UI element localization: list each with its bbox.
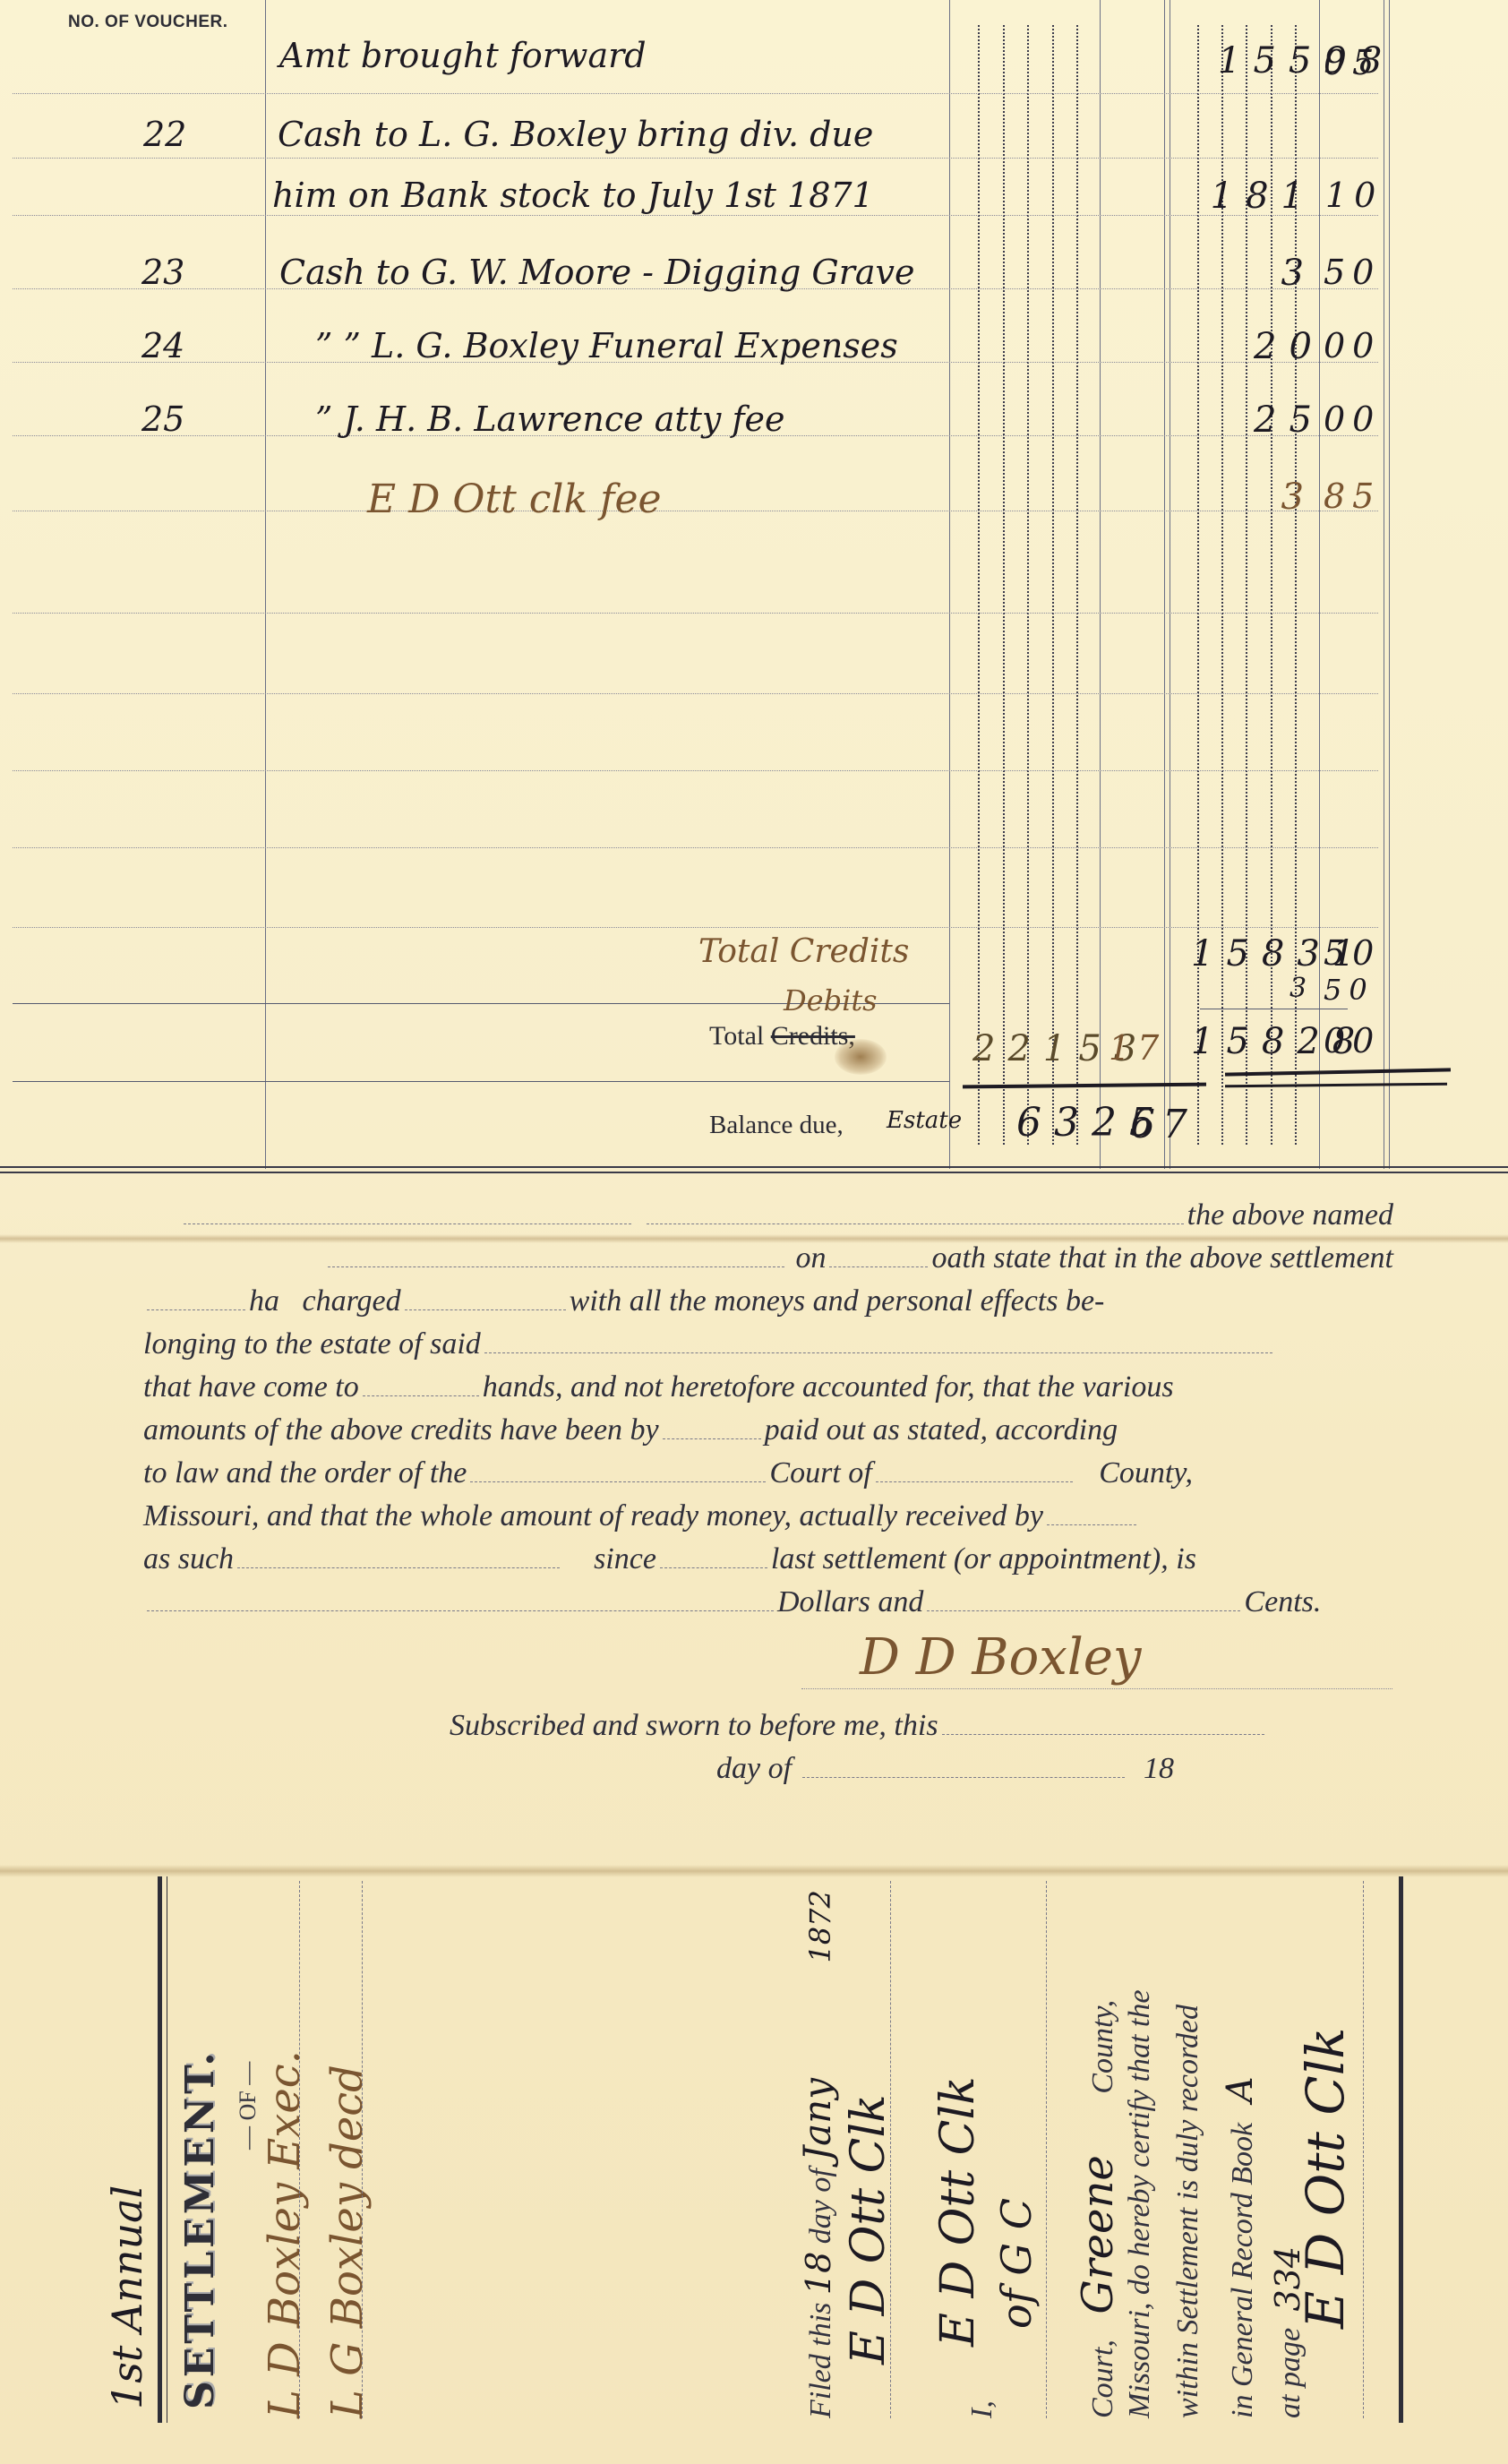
voucher-number: 24 [141, 326, 184, 365]
oath-text: Dollars and [777, 1585, 923, 1618]
executor-name: L D Boxley Exec. [260, 2050, 310, 2418]
total-credits-amount: 15831 [1191, 933, 1316, 974]
blank-field[interactable] [802, 1777, 1125, 1778]
cert-book-label: in General Record Book [1226, 2123, 1259, 2418]
total-label-printed: Total [709, 1021, 764, 1051]
oath-text: day of [716, 1752, 792, 1785]
oath-text: on [795, 1241, 826, 1275]
balance-cents: 67 [1130, 1102, 1195, 1147]
voucher-number: 23 [141, 253, 184, 292]
settlement-type: 1st Annual [103, 2185, 151, 2409]
total-debits-amount: 22153 [972, 1028, 1125, 1069]
right-margin-rule-a [1384, 0, 1384, 1169]
blank-field[interactable] [927, 1610, 1240, 1611]
filed-by-signature: E D Ott Clk [842, 2094, 895, 2365]
blank-field[interactable] [484, 1352, 1272, 1353]
signature-line [801, 1688, 1392, 1689]
blank-field[interactable] [328, 1266, 784, 1267]
blank-field[interactable] [663, 1438, 761, 1439]
cert-line4: in General Record Book A [1220, 2076, 1261, 2418]
cert-signature-line [1363, 1881, 1364, 2418]
voucher-number: 22 [143, 115, 186, 154]
right-margin-rule-b [1389, 0, 1390, 1169]
oath-text: longing to the estate of said [143, 1327, 481, 1361]
blank-field[interactable] [876, 1481, 1073, 1482]
digit-guide [1052, 25, 1054, 1145]
blank-field[interactable] [363, 1395, 479, 1396]
digit-guide [1003, 25, 1005, 1145]
blank-field[interactable] [829, 1266, 928, 1267]
blank-field[interactable] [237, 1567, 560, 1568]
voucher-column-header: NO. OF VOUCHER. [68, 13, 228, 32]
cert-name-line [1046, 1881, 1047, 2418]
oath-text: Court of [769, 1456, 871, 1490]
ledger-credit-cents: 00 [1324, 399, 1381, 439]
digit-guide [1197, 25, 1199, 1145]
row-rule [13, 927, 1378, 928]
total-label: Total Credits, [709, 1021, 855, 1052]
filed-day: 18 [799, 2252, 838, 2295]
total-credits-cents: 50 [1324, 933, 1381, 973]
oath-text: as such [143, 1542, 234, 1575]
filed-year: 1872 [803, 1890, 837, 1962]
oath-text: Missouri, and that the whole amount of r… [143, 1499, 1043, 1532]
ledger-credit-cents: 00 [1324, 326, 1381, 365]
deduction-cents: 50 [1324, 973, 1375, 1007]
blank-field[interactable] [942, 1734, 1264, 1735]
total-debits-cents: 17 [1109, 1028, 1166, 1068]
oath-text: hands, and not heretofore accounted for,… [483, 1370, 1174, 1404]
balance-estate-handwritten: Estate [887, 1107, 962, 1134]
blank-field[interactable] [147, 1610, 774, 1611]
row-rule [13, 613, 1378, 614]
endorsement-border-left [167, 1876, 167, 2423]
endorsement-border-right [1399, 1876, 1403, 2423]
ledger-credit-amount: 181 [1209, 176, 1316, 217]
filed-line [890, 1881, 891, 2418]
ledger-credit-cents: 50 [1324, 253, 1381, 292]
blank-field[interactable] [405, 1309, 566, 1310]
blank-field[interactable] [647, 1223, 1184, 1224]
section-divider [0, 1172, 1508, 1173]
decedent-name: L G Boxley decd [322, 2065, 373, 2418]
cert-court: Court, [1086, 2340, 1119, 2418]
row-rule [13, 511, 1378, 511]
total-underline [1225, 1083, 1447, 1088]
oath-text: last settlement (or appointment), is [771, 1542, 1196, 1575]
oath-text: 18 [1144, 1752, 1174, 1785]
balance-amount: 6325 [1016, 1100, 1128, 1146]
balance-row-rule [13, 1081, 949, 1082]
ledger-description: E D Ott clk fee [367, 476, 662, 522]
blank-field[interactable] [470, 1481, 766, 1482]
endorsement-border-left [158, 1876, 162, 2423]
oath-text: Cents. [1244, 1585, 1321, 1618]
ledger-credit-amount: 3 [1263, 476, 1316, 518]
oath-text: charged [303, 1284, 401, 1318]
ledger-credit-cents: 05 [1324, 43, 1381, 82]
ledger-description: Amt brought forward [279, 36, 647, 75]
settlement-title: SETTLEMENT. [177, 2048, 223, 2409]
debits-inserted-word: Debits [784, 983, 878, 1017]
filed-label: Filed this 18 day of Jany 1872 [795, 1890, 839, 2418]
ink-stain [835, 1039, 887, 1075]
ledger-description: Cash to L. G. Boxley bring div. due [278, 115, 873, 154]
affiant-signature: D D Boxley [860, 1628, 1142, 1687]
oath-text: Subscribed and sworn to before me, this [450, 1709, 938, 1742]
ledger-credit-amount: 25 [1254, 399, 1316, 441]
cert-clerk-office: of G C [992, 2198, 1041, 2329]
deduction-amount: 3 [1290, 973, 1316, 1004]
cert-signature: E D Ott Clk [1295, 2028, 1356, 2329]
paper-fold [0, 1865, 1508, 1877]
description-column-rule [265, 0, 266, 1169]
row-rule [13, 693, 1378, 694]
blank-field[interactable] [147, 1309, 245, 1310]
ledger-description: ” ” L. G. Boxley Funeral Expenses [315, 326, 898, 365]
subtraction-rule [1200, 1009, 1348, 1009]
row-rule [13, 158, 1378, 159]
digit-guide [1027, 25, 1029, 1145]
ledger-credit-amount: 3 [1263, 253, 1316, 294]
ledger-description: him on Bank stock to July 1st 1871 [272, 176, 874, 215]
cert-line1: Court, Greene County, [1073, 2000, 1123, 2418]
cert-line2: Missouri, do hereby certify that the [1123, 1990, 1157, 2418]
oath-text: that have come to [143, 1370, 359, 1404]
voucher-number: 25 [141, 399, 184, 439]
ledger-credit-cents: 85 [1324, 476, 1381, 516]
ledger-credit-amount: 20 [1254, 326, 1316, 367]
balance-label: Balance due, [709, 1111, 844, 1140]
section-divider [0, 1166, 1508, 1168]
filed-prefix: Filed this [804, 2303, 837, 2418]
row-rule [13, 93, 1378, 94]
oath-text: since [594, 1542, 656, 1575]
ledger-description: Cash to G. W. Moore - Digging Grave [279, 253, 915, 292]
row-rule [13, 770, 1378, 771]
oath-text: amounts of the above credits have been b… [143, 1413, 659, 1447]
debit-cents-rule [1100, 0, 1101, 1169]
cert-line3: within Settlement is duly recorded [1171, 2005, 1205, 2418]
credit-cents-rule [1319, 0, 1320, 1169]
row-rule [13, 847, 1378, 848]
oath-text: oath state that in the above settlement [931, 1241, 1393, 1275]
cert-county-name: Greene [1073, 2155, 1123, 2314]
oath-text: the above named [1187, 1198, 1393, 1232]
cert-book-value: A [1220, 2076, 1261, 2102]
net-credits-amount: 15828 [1191, 1021, 1316, 1062]
total-credits-handwritten: Total Credits [698, 933, 909, 970]
settlement-of: — OF — [235, 2062, 261, 2150]
ledger-description: ” J. H. B. Lawrence atty fee [315, 399, 785, 439]
blank-field[interactable] [660, 1567, 767, 1568]
cert-i: I, [965, 2400, 999, 2418]
debit-column-rule [949, 0, 950, 1169]
blank-field[interactable] [184, 1223, 631, 1224]
filed-day-of: day of [804, 2168, 837, 2244]
credit-column-rule-b [1170, 0, 1170, 1169]
cert-page-label: at page [1273, 2328, 1307, 2418]
total-underline [1225, 1068, 1451, 1076]
oath-text: to law and the order of the [143, 1456, 467, 1490]
net-credits-cents: 00 [1324, 1021, 1381, 1060]
filed-month: Jany [795, 2078, 839, 2161]
digit-guide [978, 25, 980, 1145]
ledger-credit-cents: 10 [1325, 176, 1383, 215]
cert-county: County, [1086, 2000, 1119, 2094]
ledger-credit-amount: 15598 [1218, 40, 1316, 82]
cert-clerk-name: E D Ott Clk [931, 2076, 985, 2347]
credit-column-rule-a [1164, 0, 1165, 1169]
name-line [362, 1881, 363, 2418]
oath-text: paid out as stated, according [765, 1413, 1118, 1447]
row-rule [13, 215, 1378, 216]
oath-text: with all the moneys and personal effects… [570, 1284, 1105, 1318]
oath-text: County, [1099, 1456, 1193, 1490]
oath-text: ha [249, 1284, 279, 1318]
name-line [299, 1881, 300, 2418]
digit-guide [1076, 25, 1078, 1145]
blank-field[interactable] [1047, 1524, 1136, 1525]
